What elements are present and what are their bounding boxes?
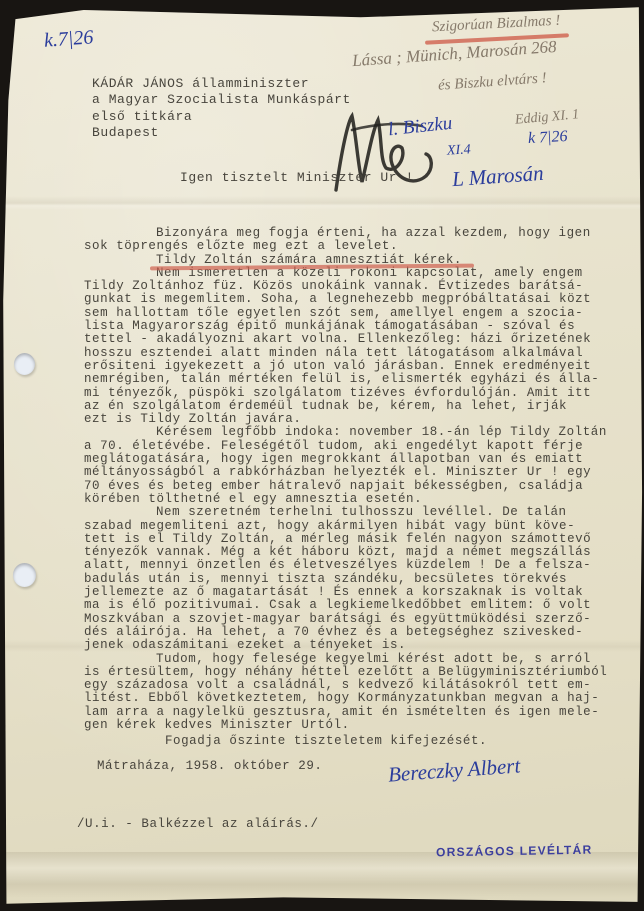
body-line: sok töprengés előzte meg ezt a levelet.	[84, 240, 624, 253]
bereczky-signature: Bereczky Albert	[387, 753, 521, 787]
body-line: lam arra a nagylelkü gesztusra, amit én …	[84, 706, 624, 719]
date-note: Eddig XI. 1	[514, 107, 579, 129]
dateline: Mátraháza, 1958. október 29.	[97, 759, 322, 773]
routing-note-line2: és Biszku elvtárs !	[438, 70, 548, 95]
recipient-block: KÁDÁR JÁNOS államminisztera Magyar Szoci…	[92, 76, 351, 142]
body-line: dés aláirója. Ha lehet, a 70 évhez és a …	[84, 626, 624, 639]
paper-crease	[0, 852, 644, 898]
body-line: litést. Ebből következtetem, hogy Kormán…	[84, 692, 624, 705]
body-line: a 70. életévébe. Feleségétől tudom, aki …	[84, 440, 624, 453]
body-line: Moszkvában a szovjet-magyar barátsági és…	[84, 613, 624, 626]
postscript: /U.i. - Balkézzel az aláírás./	[77, 817, 319, 831]
recipient-line: a Magyar Szocialista Munkáspárt	[92, 92, 351, 108]
archival-code-top-left: k.7|26	[43, 26, 94, 52]
confidential-note: Szigorúan Bizalmas !	[432, 13, 561, 37]
body-line: Tudom, hogy felesége kegyelmi kérést ado…	[84, 653, 624, 666]
body-line: jenek odaszámitani ezeket a tényeket is.	[84, 639, 624, 652]
body-line: Tildy Zoltán számára amnesztiát kérek.	[84, 254, 624, 267]
body-line: sem hallottam tőle egyetlen szót sem, am…	[84, 307, 624, 320]
body-line: körében tölthetné el egy amnesztia eseté…	[84, 493, 624, 506]
body-line: gen kérek kedves Miniszter Urtól.	[84, 719, 624, 732]
body-line: nemrégiben, talán mértéken felül is, eli…	[84, 373, 624, 386]
red-underlined-request: Tildy Zoltán számára amnesztiát kérek.	[156, 254, 462, 267]
letter-body: Bizonyára meg fogja érteni, ha azzal kez…	[84, 227, 624, 732]
body-line: tettel - akadályozni akart volna. Ellenk…	[84, 333, 624, 346]
body-line: az én szolgálatom érdeméül tudnak be, ké…	[84, 400, 624, 413]
body-line: tényezők vannak. Még a két háboru közt, …	[84, 546, 624, 559]
body-line: is értesültem, hogy néhány héttel ezelőt…	[84, 666, 624, 679]
recipient-line: Budapest	[92, 125, 351, 141]
body-line: 70 éves és beteg ember hátralevő napjait…	[84, 480, 624, 493]
closing-line: Fogadja őszinte tiszteletem kifejezését.	[165, 734, 487, 748]
body-line: ma is élő pozitivumai. Csak a legkiemelk…	[84, 599, 624, 612]
body-line: Nem szeretném terhelni tulhosszu levélle…	[84, 506, 624, 519]
body-line: hosszu esztendei alatt minden nála tett …	[84, 347, 624, 360]
body-line: tett is el Tildy Zoltán, a mérleg másik …	[84, 533, 624, 546]
body-line: egy századosa volt a családnál, s kedvez…	[84, 679, 624, 692]
biszku-date-note: XI.4	[447, 142, 472, 159]
body-line: méltányosságból a rabkórházban helyezték…	[84, 466, 624, 479]
body-line: jellemezte az ő magatartását ! És ennek …	[84, 586, 624, 599]
body-line: ezt is Tildy Zoltán javára.	[84, 413, 624, 426]
recipient-line: első titkára	[92, 109, 351, 125]
archive-stamp: ORSZÁGOS LEVÉLTÁR	[436, 843, 593, 860]
body-line: Bizonyára meg fogja érteni, ha azzal kez…	[84, 227, 624, 240]
body-line: Kérésem legfőbb indoka: november 18.-án …	[84, 426, 624, 439]
body-line: gunkat is megemlitem. Soha, a legnehezeb…	[84, 293, 624, 306]
marosan-signature: L Marosán	[451, 161, 544, 192]
punch-hole-top	[14, 353, 35, 375]
body-line: mi tényezők, püspöki szolgálatom tizéves…	[84, 387, 624, 400]
punch-hole-bottom	[13, 563, 36, 587]
body-line: alatt, mennyi önzetlen és életveszélyes …	[84, 559, 624, 572]
body-line: Tildy Zoltánhoz füz. Közös unokáink vann…	[84, 280, 624, 293]
paper-sheet: k.7|26 Szigorúan Bizalmas ! Lássa ; Müni…	[0, 0, 644, 911]
salutation: Igen tisztelt Miniszter Ur !	[180, 170, 414, 185]
body-line: meglátogatására, hogy igen megrokkant ál…	[84, 453, 624, 466]
body-line: szabad megemliteni azt, hogy akármilyen …	[84, 520, 624, 533]
body-line: lista Magyarország épitő munkájának támo…	[84, 320, 624, 333]
archival-code-mid: k 7|26	[528, 128, 568, 148]
body-line: erősiteni igyekezett a jó uton való járá…	[84, 360, 624, 373]
recipient-line: KÁDÁR JÁNOS államminiszter	[92, 76, 351, 92]
